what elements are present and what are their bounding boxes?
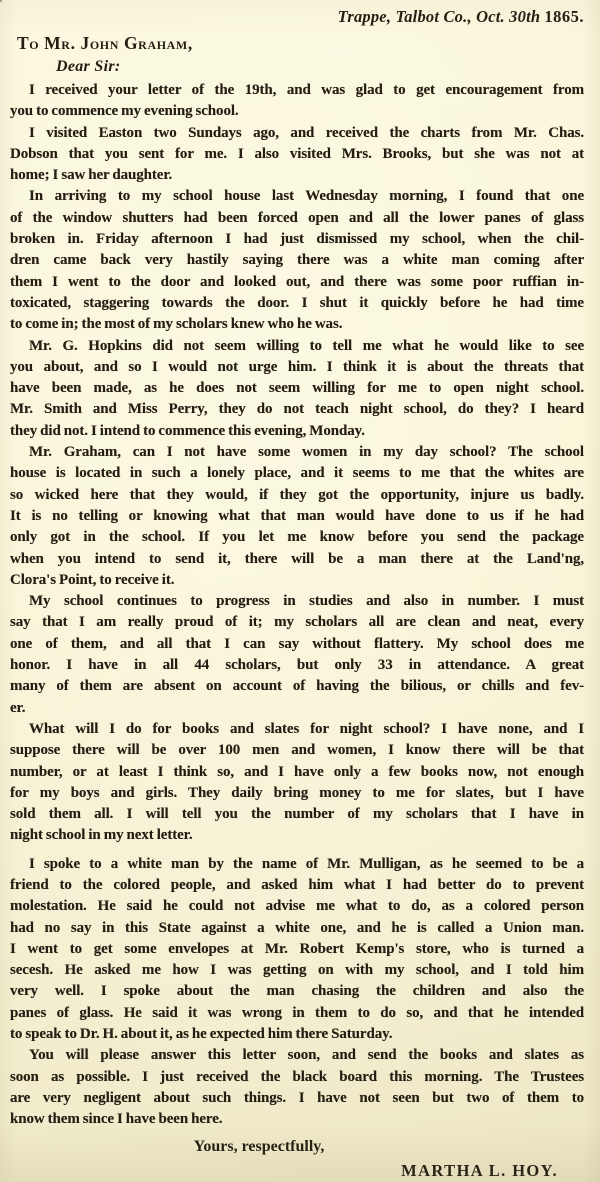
- letter-line: I spoke to a white man by the name of Mr…: [10, 854, 584, 875]
- letter-line: you to commence my evening school.: [10, 101, 584, 122]
- letter-line: home; I saw her daughter.: [10, 165, 584, 186]
- scan-speck-decoration: [0, 0, 2, 2]
- dateline-year: 1865.: [544, 7, 584, 26]
- paragraph: My school continues to progress in studi…: [10, 591, 584, 719]
- letter-line: night school in my next letter.: [10, 825, 584, 846]
- letter-line: toxicated, staggering towards the door. …: [10, 293, 584, 314]
- letter-body: I received your letter of the 19th, and …: [0, 80, 600, 1131]
- letter-line: very well. I spoke about the man chasing…: [10, 981, 584, 1002]
- letter-line: house is located in such a lonely place,…: [10, 463, 584, 484]
- letter-line: soon as possible. I just received the bl…: [10, 1067, 584, 1088]
- recipient-line: To Mr. John Graham,: [0, 32, 600, 55]
- dateline-place-date: Trappe, Talbot Co., Oct. 30th: [338, 7, 541, 26]
- letter-line: Clora's Point, to receive it.: [10, 570, 584, 591]
- paragraph: I spoke to a white man by the name of Mr…: [10, 854, 584, 1046]
- letter-line: of the window shutters had been forced o…: [10, 208, 584, 229]
- letter-line: er.: [10, 698, 584, 719]
- paragraph: In arriving to my school house last Wedn…: [10, 186, 584, 335]
- letter-line: I went to get some envelopes at Mr. Robe…: [10, 939, 584, 960]
- letter-line: Mr. G. Hopkins did not seem willing to t…: [10, 336, 584, 357]
- letter-line: to speak to Dr. H. about it, as he expec…: [10, 1024, 584, 1045]
- letter-line: I received your letter of the 19th, and …: [10, 80, 584, 101]
- paragraph: I visited Easton two Sundays ago, and re…: [10, 123, 584, 187]
- letter-line: broken in. Friday afternoon I had just d…: [10, 229, 584, 250]
- letter-line: honor. I have in all 44 scholars, but on…: [10, 655, 584, 676]
- letter-line: number, or at least I think so, and I ha…: [10, 762, 584, 783]
- letter-line: have been made, as he does not seem will…: [10, 378, 584, 399]
- paragraph: What will I do for books and slates for …: [10, 719, 584, 847]
- letter-line: say that I am really proud of it; my sch…: [10, 612, 584, 633]
- letter-line: when you intend to send it, there will b…: [10, 549, 584, 570]
- letter-line: friend to the colored people, and asked …: [10, 875, 584, 896]
- letter-line: sold them all. I will tell you the numbe…: [10, 804, 584, 825]
- letter-line: molestation. He said he could not advise…: [10, 896, 584, 917]
- letter-line: secesh. He asked me how I was getting on…: [10, 960, 584, 981]
- dateline: Trappe, Talbot Co., Oct. 30th 1865.: [0, 5, 600, 28]
- letter-line: I visited Easton two Sundays ago, and re…: [10, 123, 584, 144]
- letter-line: Mr. Smith and Miss Perry, they do not te…: [10, 399, 584, 420]
- letter-line: panes of glass. He said it was wrong in …: [10, 1003, 584, 1024]
- letter-line: so wicked here that they would, if they …: [10, 485, 584, 506]
- letter-line: many of them are absent on account of ha…: [10, 676, 584, 697]
- letter-line: only got in the school. If you let me kn…: [10, 527, 584, 548]
- letter-line: are very negligent about such things. I …: [10, 1088, 584, 1109]
- letter-line: had no say in this State against a white…: [10, 918, 584, 939]
- closing-line: Yours, respectfully,: [0, 1136, 600, 1158]
- letter-line: one of them, and all that I can say with…: [10, 634, 584, 655]
- paragraph: Mr. G. Hopkins did not seem willing to t…: [10, 336, 584, 442]
- paragraph: You will please answer this letter soon,…: [10, 1045, 584, 1130]
- letter-line: My school continues to progress in studi…: [10, 591, 584, 612]
- letter-line: they did not. I intend to commence this …: [10, 421, 584, 442]
- letter-line: suppose there will be over 100 men and w…: [10, 740, 584, 761]
- paragraph: I received your letter of the 19th, and …: [10, 80, 584, 123]
- signature-line: MARTHA L. HOY.: [0, 1160, 600, 1182]
- letter-line: you about, and so I would not urge him. …: [10, 357, 584, 378]
- letter-line: to come in; the most of my scholars knew…: [10, 314, 584, 335]
- letter-line: Dobson that you sent for me. I also visi…: [10, 144, 584, 165]
- letter-line: It is no telling or knowing what that ma…: [10, 506, 584, 527]
- scanned-letter-page: Trappe, Talbot Co., Oct. 30th 1865. To M…: [0, 0, 600, 1182]
- letter-line: What will I do for books and slates for …: [10, 719, 584, 740]
- letter-line: know them since I have been here.: [10, 1109, 584, 1130]
- letter-line: them I went to the door and looked out, …: [10, 272, 584, 293]
- letter-line: Mr. Graham, can I not have some women in…: [10, 442, 584, 463]
- letter-line: for my boys and girls. They daily bring …: [10, 783, 584, 804]
- letter-line: In arriving to my school house last Wedn…: [10, 186, 584, 207]
- salutation-line: Dear Sir:: [0, 56, 600, 78]
- paragraph: Mr. Graham, can I not have some women in…: [10, 442, 584, 591]
- letter-line: dren came back very hastily saying there…: [10, 250, 584, 271]
- letter-line: You will please answer this letter soon,…: [10, 1045, 584, 1066]
